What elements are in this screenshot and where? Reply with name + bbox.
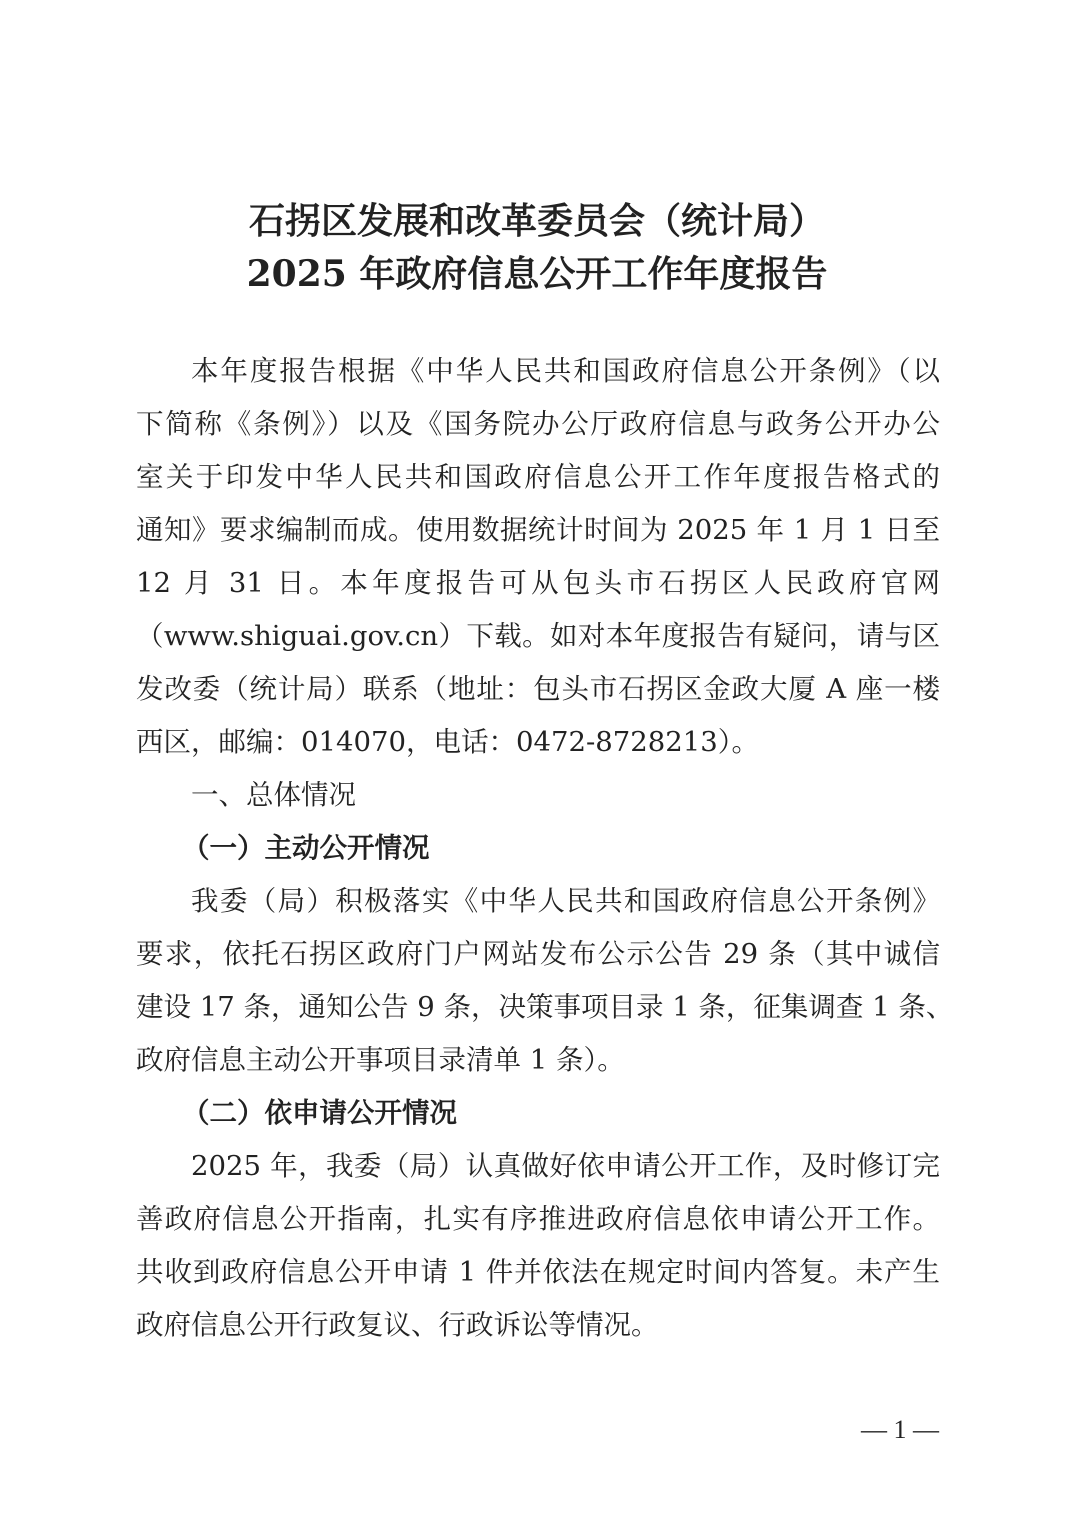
paragraph-line: 我委（局）积极落实《中华人民共和国政府信息公开条例》 [191, 881, 940, 921]
paragraph-line: （www.shiguai.gov.cn）下载。如对本年度报告有疑问，请与区 [136, 616, 940, 656]
page-number: — 1 — [850, 1410, 950, 1450]
paragraph-line: 政府信息主动公开事项目录清单 1 条）。 [136, 1040, 940, 1080]
paragraph-line: 12 月 31 日。本年度报告可从包头市石拐区人民政府官网 [136, 563, 940, 603]
paragraph-line: 要求，依托石拐区政府门户网站发布公示公告 29 条（其中诚信 [136, 934, 940, 974]
paragraph-line: 2025 年，我委（局）认真做好依申请公开工作，及时修订完 [191, 1146, 940, 1186]
document-page: 石拐区发展和改革委员会（统计局） 2025 年政府信息公开工作年度报告 本年度报… [0, 0, 1074, 1520]
paragraph-line: 本年度报告根据《中华人民共和国政府信息公开条例》（以 [191, 351, 940, 391]
section-heading-overview: 一、总体情况 [191, 775, 356, 815]
paragraph-line: 西区，邮编：014070，电话：0472-8728213）。 [136, 722, 940, 762]
paragraph-line: 通知》要求编制而成。使用数据统计时间为 2025 年 1 月 1 日至 [136, 510, 940, 550]
document-title-line-2: 2025 年政府信息公开工作年度报告 [0, 246, 1074, 297]
paragraph-line: 政府信息公开行政复议、行政诉讼等情况。 [136, 1305, 940, 1345]
subsection-heading-on-request: （二）依申请公开情况 [182, 1093, 457, 1133]
paragraph-line: 善政府信息公开指南，扎实有序推进政府信息依申请公开工作。 [136, 1199, 940, 1239]
paragraph-line: 发改委（统计局）联系（地址：包头市石拐区金政大厦 A 座一楼 [136, 669, 940, 709]
paragraph-line: 建设 17 条，通知公告 9 条，决策事项目录 1 条，征集调查 1 条、 [136, 987, 940, 1027]
paragraph-line: 共收到政府信息公开申请 1 件并依法在规定时间内答复。未产生 [136, 1252, 940, 1292]
paragraph-line: 下简称《条例》）以及《国务院办公厅政府信息与政务公开办公 [136, 404, 940, 444]
subsection-heading-proactive: （一）主动公开情况 [182, 828, 430, 868]
document-title-line-1: 石拐区发展和改革委员会（统计局） [0, 193, 1074, 244]
paragraph-line: 室关于印发中华人民共和国政府信息公开工作年度报告格式的 [136, 457, 940, 497]
